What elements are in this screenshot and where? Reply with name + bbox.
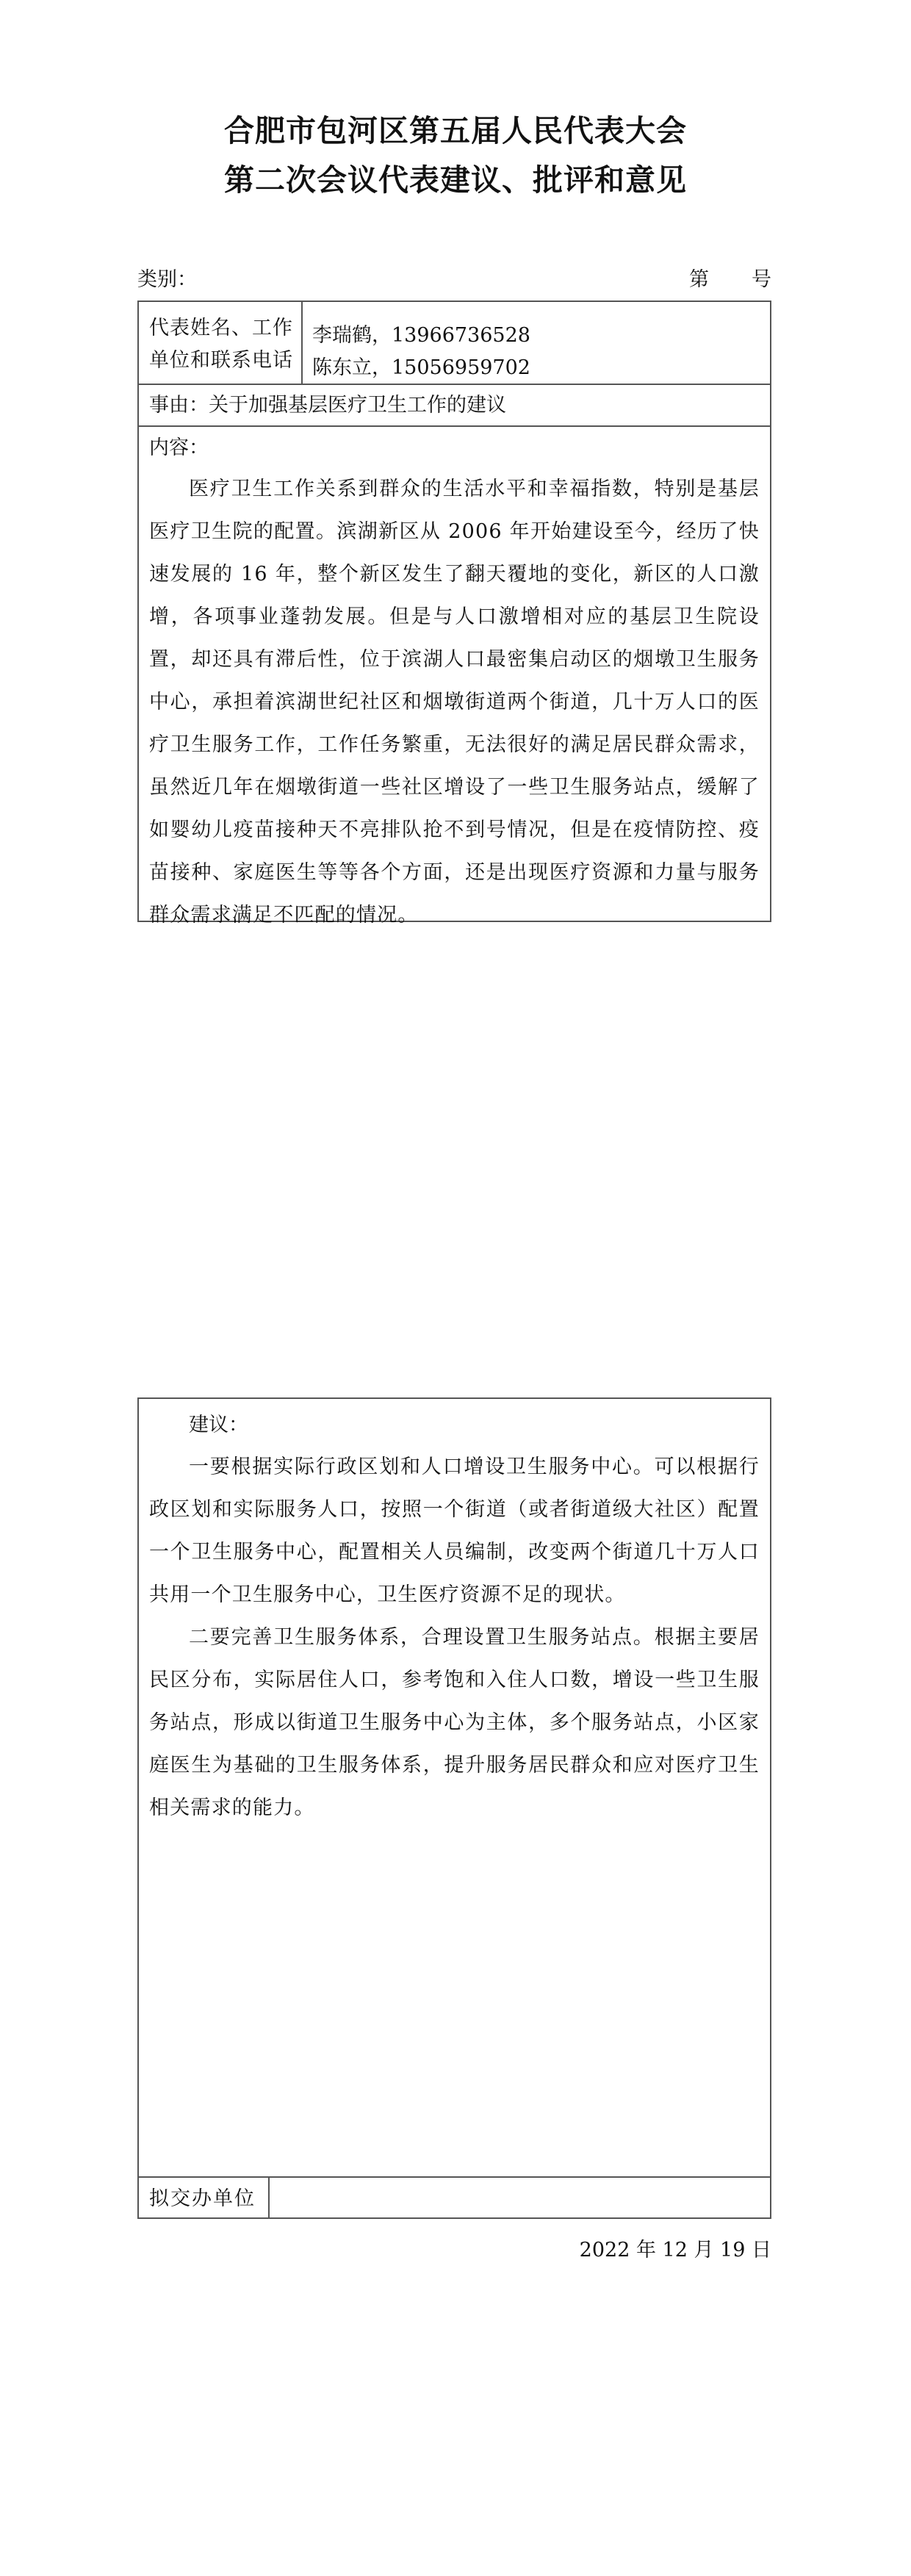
document-title-line2: 第二次会议代表建议、批评和意见	[0, 165, 911, 195]
representative-1: 李瑞鹤，13966736528	[312, 325, 530, 345]
category-label: 类别：	[137, 263, 197, 292]
column-divider	[301, 302, 303, 384]
content-label: 内容：	[149, 438, 209, 458]
document-number: 第号	[689, 263, 771, 292]
subject-row: 事由：关于加强基层医疗卫生工作的建议	[149, 395, 506, 415]
form-table-part2: 建议： 一要根据实际行政区划和人口增设卫生服务中心。可以根据行政区划和实际服务人…	[137, 1397, 771, 2219]
representative-label-line2: 单位和联系电话	[149, 350, 293, 370]
suggestion-1: 一要根据实际行政区划和人口增设卫生服务中心。可以根据行政区划和实际服务人口，按照…	[149, 1446, 760, 1616]
suggestion-2: 二要完善卫生服务体系，合理设置卫生服务站点。根据主要居民区分布，实际居住人口，参…	[149, 1616, 760, 1830]
document-title-line1: 合肥市包河区第五届人民代表大会	[0, 116, 911, 146]
suggestion-label: 建议：	[189, 1415, 248, 1435]
document-date: 2022 年 12 月 19 日	[580, 2234, 771, 2262]
subject-label: 事由：	[149, 394, 209, 417]
representative-2: 陈东立，15056959702	[312, 358, 530, 378]
content-paragraph: 医疗卫生工作关系到群众的生活水平和幸福指数，特别是基层医疗卫生院的配置。滨湖新区…	[149, 468, 760, 937]
row-divider	[139, 425, 770, 427]
form-table-part1: 代表姓名、工作 单位和联系电话 李瑞鹤，13966736528 陈东立，1505…	[137, 301, 771, 922]
number-prefix: 第	[689, 263, 709, 292]
assign-unit-label: 拟交办单位	[149, 2189, 256, 2209]
subject-text: 关于加强基层医疗卫生工作的建议	[209, 394, 506, 417]
row-divider	[139, 384, 770, 385]
meta-row: 类别： 第号	[137, 263, 771, 289]
representative-label-line1: 代表姓名、工作	[149, 318, 293, 338]
column-divider	[268, 2176, 270, 2219]
number-suffix: 号	[752, 263, 771, 292]
row-divider	[139, 2176, 770, 2178]
